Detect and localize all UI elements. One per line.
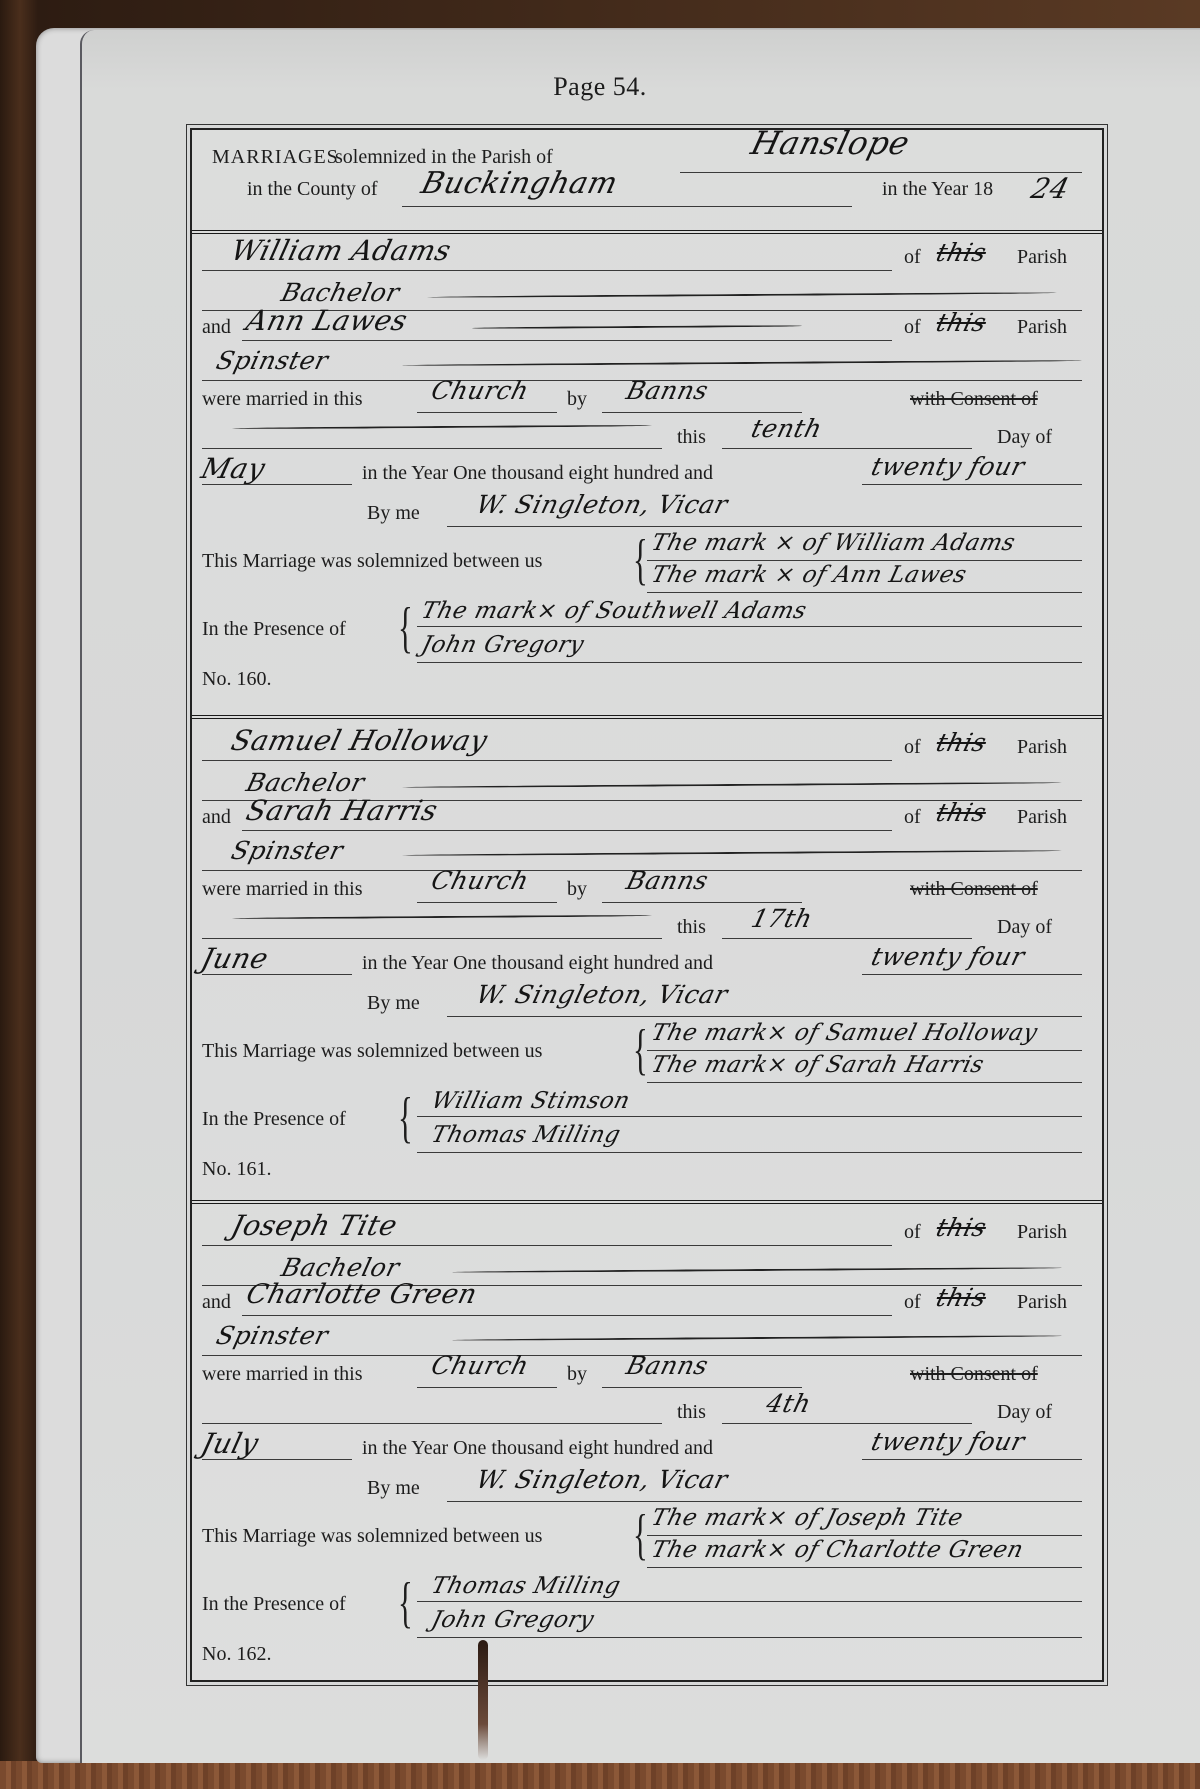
party-1: The mark× of Joseph Tite: [649, 1505, 966, 1531]
of-label: of: [904, 806, 921, 829]
this-label: this: [677, 1401, 706, 1424]
groom-status: Bachelor: [278, 278, 402, 307]
form-header: MARRIAGES solemnized in the Parish of Ha…: [192, 130, 1102, 234]
year-words-line: [862, 974, 1082, 975]
brace: {: [633, 1507, 648, 1563]
witness-2-line: [417, 662, 1082, 663]
groom-parish: this: [933, 238, 989, 267]
witness-1: William Stimson: [429, 1088, 633, 1114]
presence-label: In the Presence of: [202, 1593, 346, 1616]
officiant: W. Singleton, Vicar: [473, 490, 731, 519]
year-suffix: 24: [1028, 172, 1073, 205]
and-label: and: [202, 316, 231, 339]
month: June: [198, 942, 272, 975]
blank-stroke: [452, 1335, 1062, 1341]
blank-stroke: [402, 850, 1062, 857]
groom-line: [202, 270, 892, 271]
parish-label: Parish: [1017, 806, 1067, 829]
day: 17th: [748, 904, 815, 933]
witness-2: John Gregory: [419, 632, 587, 658]
married-in-label: were married in this: [202, 388, 363, 411]
record-separator: [192, 1200, 1102, 1204]
brace: {: [398, 1090, 413, 1146]
groom-status: Bachelor: [243, 768, 367, 797]
blank-stroke: [232, 425, 652, 430]
in-year-label: in the Year One thousand eight hundred a…: [362, 952, 713, 975]
witness-2: John Gregory: [429, 1607, 597, 1633]
of-label: of: [904, 736, 921, 759]
month-line: [202, 484, 352, 485]
blank-stroke: [402, 360, 1082, 367]
bride-status: Spinster: [228, 836, 346, 865]
marriage-register-form: MARRIAGES solemnized in the Parish of Ha…: [190, 128, 1104, 1682]
method: Banns: [623, 866, 711, 895]
presence-label: In the Presence of: [202, 1108, 346, 1131]
brace: {: [633, 532, 648, 588]
groom-name: Joseph Tite: [228, 1209, 401, 1242]
officiant-line: [447, 1016, 1082, 1017]
party-1: The mark× of Samuel Holloway: [649, 1020, 1040, 1046]
by-label: by: [567, 878, 587, 901]
party-2: The mark× of Sarah Harris: [649, 1052, 987, 1078]
party-2-line: [647, 592, 1082, 593]
method-line: [602, 412, 802, 413]
witness-1: The mark× of Southwell Adams: [419, 598, 810, 624]
party-2-line: [647, 1567, 1082, 1568]
record-separator: [192, 715, 1102, 719]
with-consent-label: with Consent of: [910, 1363, 1038, 1386]
bride-line: [242, 830, 892, 831]
day: tenth: [748, 414, 825, 443]
parish-line: [680, 172, 1082, 173]
marriage-record: William Adams of this Parish Bachelor an…: [192, 230, 1102, 715]
blank-stroke: [472, 325, 802, 329]
parish-name: Hanslope: [747, 124, 913, 162]
year-words: twenty four: [868, 452, 1028, 481]
parish-label: Parish: [1017, 1291, 1067, 1314]
place: Church: [428, 1351, 532, 1380]
groom-status: Bachelor: [278, 1253, 402, 1282]
bride-status: Spinster: [213, 1321, 331, 1350]
by-label: by: [567, 1363, 587, 1386]
bride-name: Sarah Harris: [243, 794, 441, 827]
witness-1: Thomas Milling: [429, 1573, 624, 1599]
bride-line: [242, 1315, 892, 1316]
consent-line: [202, 1423, 662, 1424]
bride-parish: this: [933, 798, 989, 827]
and-label: and: [202, 1291, 231, 1314]
method: Banns: [623, 1351, 711, 1380]
page-number: Page 54.: [0, 72, 1200, 102]
method: Banns: [623, 376, 711, 405]
day-line: [722, 448, 972, 449]
bride-status: Spinster: [213, 346, 331, 375]
by-me-label: By me: [367, 502, 420, 525]
of-label: of: [904, 246, 921, 269]
day-of-label: Day of: [997, 426, 1052, 449]
blank-stroke: [452, 1267, 1062, 1273]
groom-parish: this: [933, 728, 989, 757]
party-1-line: [647, 1535, 1082, 1536]
place-line: [417, 902, 557, 903]
blank-stroke: [427, 292, 1057, 298]
brace: {: [398, 600, 413, 656]
blank-stroke: [232, 915, 652, 920]
bride-line: [242, 340, 892, 341]
marriage-record: Joseph Tite of this Parish Bachelor and …: [192, 1205, 1102, 1690]
month-line: [202, 974, 352, 975]
method-line: [602, 902, 802, 903]
place: Church: [428, 376, 532, 405]
day: 4th: [763, 1389, 814, 1418]
bride-name: Charlotte Green: [243, 1279, 480, 1310]
parish-label: Parish: [1017, 1221, 1067, 1244]
month-line: [202, 1459, 352, 1460]
parish-label: Parish: [1017, 246, 1067, 269]
party-2-line: [647, 1082, 1082, 1083]
party-2: The mark × of Ann Lawes: [649, 562, 970, 588]
officiant-line: [447, 526, 1082, 527]
consent-line: [202, 938, 662, 939]
party-2: The mark× of Charlotte Green: [649, 1537, 1026, 1563]
witness-2-line: [417, 1637, 1082, 1638]
by-me-label: By me: [367, 992, 420, 1015]
this-label: this: [677, 916, 706, 939]
presence-label: In the Presence of: [202, 618, 346, 641]
groom-line: [202, 1245, 892, 1246]
witness-1-line: [417, 1116, 1082, 1117]
of-label: of: [904, 316, 921, 339]
year-label: in the Year 18: [882, 178, 993, 201]
in-year-label: in the Year One thousand eight hundred a…: [362, 462, 713, 485]
county-line: [402, 206, 852, 207]
method-line: [602, 1387, 802, 1388]
witness-2-line: [417, 1152, 1082, 1153]
with-consent-label: with Consent of: [910, 878, 1038, 901]
of-label: of: [904, 1291, 921, 1314]
officiant: W. Singleton, Vicar: [473, 1465, 731, 1494]
groom-line: [202, 760, 892, 761]
bride-name: Ann Lawes: [243, 304, 411, 337]
by-label: by: [567, 388, 587, 411]
ink-stain: [478, 1640, 488, 1760]
this-label: this: [677, 426, 706, 449]
year-words: twenty four: [868, 942, 1028, 971]
solemnized-between-label: This Marriage was solemnized between us: [202, 1040, 542, 1063]
party-1: The mark × of William Adams: [649, 530, 1018, 556]
year-words-line: [862, 484, 1082, 485]
by-me-label: By me: [367, 1477, 420, 1500]
solemnized-between-label: This Marriage was solemnized between us: [202, 550, 542, 573]
day-line: [722, 1423, 972, 1424]
day-of-label: Day of: [997, 916, 1052, 939]
bride-parish: this: [933, 1283, 989, 1312]
brace: {: [398, 1575, 413, 1631]
witness-1-line: [417, 626, 1082, 627]
married-in-label: were married in this: [202, 1363, 363, 1386]
officiant: W. Singleton, Vicar: [473, 980, 731, 1009]
brace: {: [633, 1022, 648, 1078]
and-label: and: [202, 806, 231, 829]
solemnized-between-label: This Marriage was solemnized between us: [202, 1525, 542, 1548]
marriage-record: Samuel Holloway of this Parish Bachelor …: [192, 720, 1102, 1205]
groom-name: William Adams: [228, 234, 455, 267]
header-title-prefix: MARRIAGES: [212, 146, 339, 169]
day-of-label: Day of: [997, 1401, 1052, 1424]
bride-parish: this: [933, 308, 989, 337]
year-words: twenty four: [868, 1427, 1028, 1456]
married-in-label: were married in this: [202, 878, 363, 901]
county-name: Buckingham: [418, 166, 622, 201]
groom-name: Samuel Holloway: [228, 724, 491, 757]
county-label: in the County of: [247, 178, 378, 201]
parish-label: Parish: [1017, 316, 1067, 339]
party-1-line: [647, 560, 1082, 561]
month: July: [198, 1427, 262, 1460]
parish-label: Parish: [1017, 736, 1067, 759]
entry-number: No. 160.: [202, 668, 271, 691]
place: Church: [428, 866, 532, 895]
place-line: [417, 1387, 557, 1388]
party-1-line: [647, 1050, 1082, 1051]
entry-number: No. 162.: [202, 1643, 271, 1666]
in-year-label: in the Year One thousand eight hundred a…: [362, 1437, 713, 1460]
witness-1-line: [417, 1601, 1082, 1602]
officiant-line: [447, 1501, 1082, 1502]
of-label: of: [904, 1221, 921, 1244]
wooden-table-edge: [0, 1761, 1200, 1789]
consent-line: [202, 448, 662, 449]
place-line: [417, 412, 557, 413]
entry-number: No. 161.: [202, 1158, 271, 1181]
groom-parish: this: [933, 1213, 989, 1242]
with-consent-label: with Consent of: [910, 388, 1038, 411]
month: May: [198, 452, 269, 485]
day-line: [722, 938, 972, 939]
year-words-line: [862, 1459, 1082, 1460]
blank-stroke: [402, 782, 1062, 789]
witness-2: Thomas Milling: [429, 1122, 624, 1148]
